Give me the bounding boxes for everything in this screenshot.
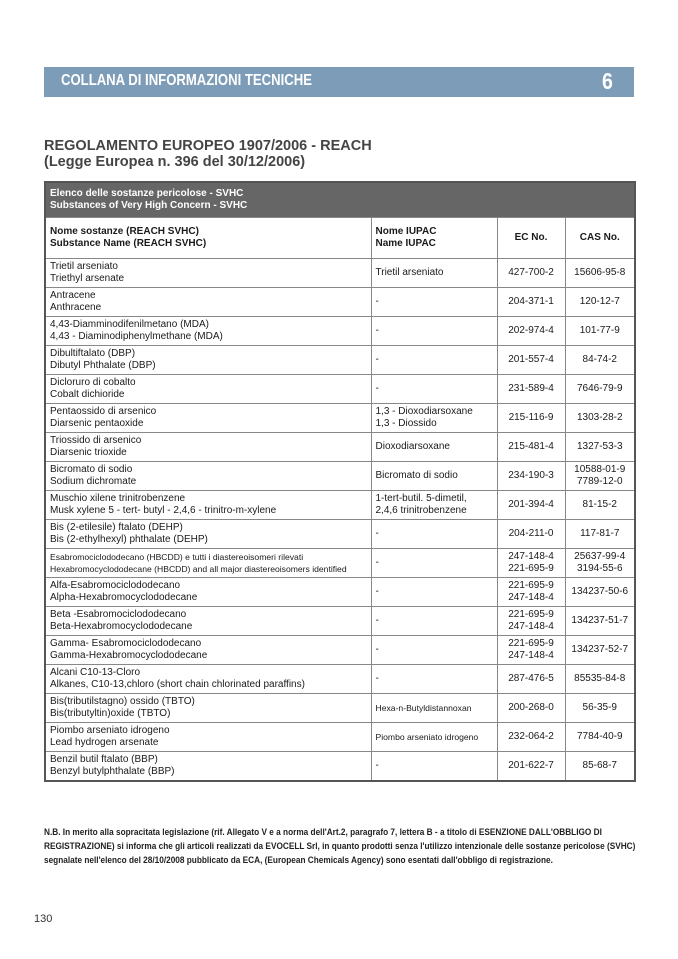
table-row: Muschio xilene trinitrobenzeneMusk xylen… (45, 491, 635, 520)
section-banner: COLLANA DI INFORMAZIONI TECNICHE 6 (44, 67, 634, 97)
iupac-name-cell: - (371, 549, 497, 578)
ec-number-cell: 427-700-2 (497, 259, 565, 288)
substance-name-cell: Alfa-EsabromociclododecanoAlpha-Hexabrom… (45, 578, 371, 607)
substance-name-cell: Alcani C10-13-CloroAlkanes, C10-13,chlor… (45, 665, 371, 694)
table-row: Bis(tributilstagno) ossido (TBTO)Bis(tri… (45, 694, 635, 723)
cas-number-cell: 10588-01-97789-12-0 (565, 462, 635, 491)
cas-number-cell: 85-68-7 (565, 752, 635, 782)
substance-name-cell: Dibultiftalato (DBP)Dibutyl Phthalate (D… (45, 346, 371, 375)
iupac-name-cell: Dioxodiarsoxane (371, 433, 497, 462)
header-ec-no: EC No. (497, 218, 565, 259)
table-header-row: Nome sostanze (REACH SVHC)Substance Name… (45, 218, 635, 259)
substance-name-cell: Pentaossido di arsenicoDiarsenic pentaox… (45, 404, 371, 433)
cas-number-cell: 120-12-7 (565, 288, 635, 317)
ec-number-cell: 215-116-9 (497, 404, 565, 433)
legal-note: N.B. In merito alla sopracitata legislaz… (44, 826, 637, 868)
cas-number-cell: 81-15-2 (565, 491, 635, 520)
table-row: Bicromato di sodioSodium dichromateBicro… (45, 462, 635, 491)
iupac-name-cell: Bicromato di sodio (371, 462, 497, 491)
iupac-name-cell: Trietil arseniato (371, 259, 497, 288)
iupac-name-cell: - (371, 607, 497, 636)
substance-name-cell: Bis (2-etilesile) ftalato (DEHP)Bis (2-e… (45, 520, 371, 549)
ec-number-cell: 221-695-9247-148-4 (497, 578, 565, 607)
header-substance-name: Nome sostanze (REACH SVHC)Substance Name… (45, 218, 371, 259)
substance-name-cell: Trietil arseniatoTriethyl arsenate (45, 259, 371, 288)
iupac-name-cell: Piombo arseniato idrogeno (371, 723, 497, 752)
table-row: Dicloruro di cobaltoCobalt dichioride-23… (45, 375, 635, 404)
ec-number-cell: 231-589-4 (497, 375, 565, 404)
substance-name-cell: Gamma- EsabromociclododecanoGamma-Hexabr… (45, 636, 371, 665)
svhc-table: Elenco delle sostanze pericolose - SVHC … (44, 181, 636, 782)
cas-number-cell: 25637-99-43194-55-6 (565, 549, 635, 578)
substance-name-cell: 4,43-Diamminodifenilmetano (MDA)4,43 - D… (45, 317, 371, 346)
header-cas-no: CAS No. (565, 218, 635, 259)
ec-number-cell: 221-695-9247-148-4 (497, 636, 565, 665)
cas-number-cell: 15606-95-8 (565, 259, 635, 288)
cas-number-cell: 101-77-9 (565, 317, 635, 346)
table-row: Beta -EsabromociclododecanoBeta-Hexabrom… (45, 607, 635, 636)
ec-number-cell: 221-695-9247-148-4 (497, 607, 565, 636)
substance-name-cell: Bis(tributilstagno) ossido (TBTO)Bis(tri… (45, 694, 371, 723)
substance-name-cell: Piombo arseniato idrogenoLead hydrogen a… (45, 723, 371, 752)
table-row: Benzil butil ftalato (BBP)Benzyl butylph… (45, 752, 635, 782)
header-iupac-name: Nome IUPACName IUPAC (371, 218, 497, 259)
ec-number-cell: 201-622-7 (497, 752, 565, 782)
cas-number-cell: 134237-51-7 (565, 607, 635, 636)
table-row: Esabromociclododecano (HBCDD) e tutti i … (45, 549, 635, 578)
ec-number-cell: 232-064-2 (497, 723, 565, 752)
cas-number-cell: 56-35-9 (565, 694, 635, 723)
substance-name-cell: Esabromociclododecano (HBCDD) e tutti i … (45, 549, 371, 578)
table-row: Pentaossido di arsenicoDiarsenic pentaox… (45, 404, 635, 433)
ec-number-cell: 287-476-5 (497, 665, 565, 694)
cas-number-cell: 85535-84-8 (565, 665, 635, 694)
table-row: 4,43-Diamminodifenilmetano (MDA)4,43 - D… (45, 317, 635, 346)
cas-number-cell: 84-74-2 (565, 346, 635, 375)
iupac-name-cell: - (371, 636, 497, 665)
iupac-name-cell: 1-tert-butil. 5-dimetil,2,4,6 trinitrobe… (371, 491, 497, 520)
iupac-name-cell: - (371, 578, 497, 607)
cas-number-cell: 134237-50-6 (565, 578, 635, 607)
table-body: Trietil arseniatoTriethyl arsenateTrieti… (45, 259, 635, 782)
table-row: Bis (2-etilesile) ftalato (DEHP)Bis (2-e… (45, 520, 635, 549)
table-row: Alfa-EsabromociclododecanoAlpha-Hexabrom… (45, 578, 635, 607)
table-row: Gamma- EsabromociclododecanoGamma-Hexabr… (45, 636, 635, 665)
ec-number-cell: 202-974-4 (497, 317, 565, 346)
iupac-name-cell: - (371, 752, 497, 782)
iupac-name-cell: - (371, 288, 497, 317)
cas-number-cell: 7646-79-9 (565, 375, 635, 404)
iupac-name-cell: - (371, 665, 497, 694)
table-caption: Elenco delle sostanze pericolose - SVHC … (45, 182, 635, 218)
ec-number-cell: 234-190-3 (497, 462, 565, 491)
ec-number-cell: 204-211-0 (497, 520, 565, 549)
substance-name-cell: AntraceneAnthracene (45, 288, 371, 317)
table-row: Trietil arseniatoTriethyl arsenateTrieti… (45, 259, 635, 288)
iupac-name-cell: - (371, 375, 497, 404)
ec-number-cell: 215-481-4 (497, 433, 565, 462)
ec-number-cell: 247-148-4221-695-9 (497, 549, 565, 578)
ec-number-cell: 200-268-0 (497, 694, 565, 723)
title-line-2: (Legge Europea n. 396 del 30/12/2006) (44, 154, 372, 170)
iupac-name-cell: 1,3 - Dioxodiarsoxane1,3 - Diossido (371, 404, 497, 433)
page-title: REGOLAMENTO EUROPEO 1907/2006 - REACH (L… (44, 138, 372, 170)
iupac-name-cell: - (371, 346, 497, 375)
table-row: Triossido di arsenicoDiarsenic trioxideD… (45, 433, 635, 462)
substance-name-cell: Beta -EsabromociclododecanoBeta-Hexabrom… (45, 607, 371, 636)
substance-name-cell: Muschio xilene trinitrobenzeneMusk xylen… (45, 491, 371, 520)
table-caption-row: Elenco delle sostanze pericolose - SVHC … (45, 182, 635, 218)
banner-title: COLLANA DI INFORMAZIONI TECNICHE (61, 72, 312, 90)
table-row: Piombo arseniato idrogenoLead hydrogen a… (45, 723, 635, 752)
section-number: 6 (602, 68, 613, 95)
ec-number-cell: 201-394-4 (497, 491, 565, 520)
substance-name-cell: Triossido di arsenicoDiarsenic trioxide (45, 433, 371, 462)
iupac-name-cell: - (371, 520, 497, 549)
cas-number-cell: 1327-53-3 (565, 433, 635, 462)
ec-number-cell: 204-371-1 (497, 288, 565, 317)
title-line-1: REGOLAMENTO EUROPEO 1907/2006 - REACH (44, 138, 372, 154)
substance-name-cell: Dicloruro di cobaltoCobalt dichioride (45, 375, 371, 404)
page-number: 130 (34, 913, 52, 925)
cas-number-cell: 117-81-7 (565, 520, 635, 549)
cas-number-cell: 1303-28-2 (565, 404, 635, 433)
cas-number-cell: 134237-52-7 (565, 636, 635, 665)
table-row: Alcani C10-13-CloroAlkanes, C10-13,chlor… (45, 665, 635, 694)
cas-number-cell: 7784-40-9 (565, 723, 635, 752)
table-row: AntraceneAnthracene-204-371-1120-12-7 (45, 288, 635, 317)
iupac-name-cell: Hexa-n-Butyldistannoxan (371, 694, 497, 723)
iupac-name-cell: - (371, 317, 497, 346)
substance-name-cell: Bicromato di sodioSodium dichromate (45, 462, 371, 491)
substance-name-cell: Benzil butil ftalato (BBP)Benzyl butylph… (45, 752, 371, 782)
table-row: Dibultiftalato (DBP)Dibutyl Phthalate (D… (45, 346, 635, 375)
ec-number-cell: 201-557-4 (497, 346, 565, 375)
